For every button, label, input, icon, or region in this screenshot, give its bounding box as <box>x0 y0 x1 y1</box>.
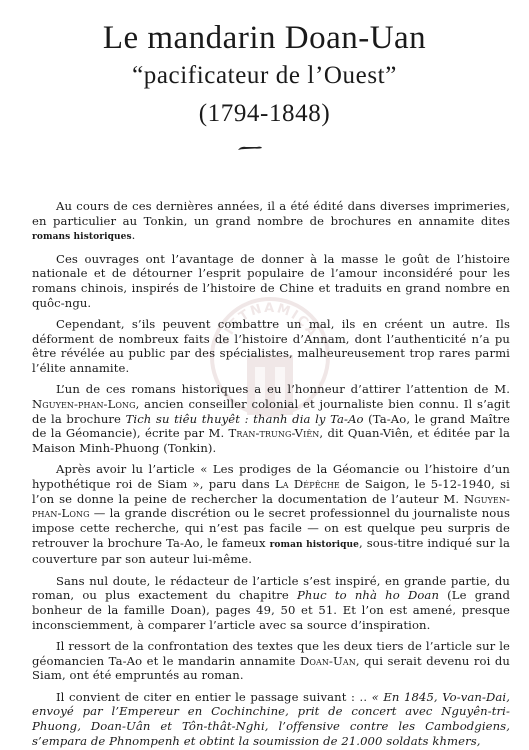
article-dates: (1794-1848) <box>0 94 529 134</box>
paragraph-4: L’un de ces romans historiques a eu l’ho… <box>32 382 510 456</box>
paragraph-3: Cependant, s’ils peuvent combattre un ma… <box>32 317 510 376</box>
paragraph-8: Il convient de citer en entier le passag… <box>32 690 510 749</box>
article-subtitle: “pacificateur de l’Ouest” <box>0 58 529 94</box>
article-body: Au cours de ces dernières années, il a é… <box>32 199 510 750</box>
article-title: Le mandarin Doan-Uan <box>0 18 529 58</box>
paragraph-6: Sans nul doute, le rédacteur de l’articl… <box>32 574 510 633</box>
paragraph-1: Au cours de ces dernières années, il a é… <box>32 199 510 245</box>
paragraph-7: Il ressort de la confrontation des texte… <box>32 639 510 683</box>
ornament-divider-icon <box>237 145 263 151</box>
paragraph-2: Ces ouvrages ont l’avantage de donner à … <box>32 252 510 311</box>
article-header: Le mandarin Doan-Uan “pacificateur de l’… <box>0 18 529 134</box>
paragraph-5: Après avoir lu l’article « Les prodiges … <box>32 462 510 567</box>
